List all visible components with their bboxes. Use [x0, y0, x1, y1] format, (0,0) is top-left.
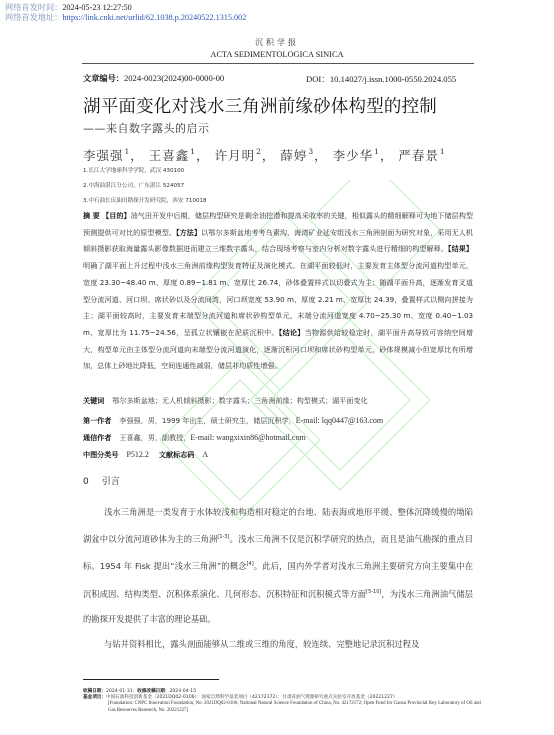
doi: DOI：10.14027/j.issn.1000-0550.2024.055	[306, 73, 456, 85]
abstract-result: 明确了湖平面上升过程中浅水三角洲前缘构型发育特征及演化模式。在湖平面较低时，主要…	[83, 261, 473, 337]
first-author-value: 李强强，男，1999 年出生，硕士研究生，储层沉积学，	[119, 416, 295, 425]
doc-code-value: A	[202, 450, 208, 459]
section-heading: 0引言	[83, 474, 120, 487]
affiliation-1: 1.长江大学地球科学学院，武汉 430100	[83, 166, 184, 174]
section-number: 0	[83, 477, 89, 487]
paragraph: 浅水三角洲是一类发育于水体较浅和构造相对稳定的台地、陆表海或地形平缓、整体沉降缓…	[83, 500, 473, 632]
doi-value[interactable]: 10.14027/j.issn.1000-0550.2024.055	[330, 74, 456, 84]
author-list: 李强强1， 王喜鑫1， 许月明2， 薛婷3， 李少华1， 严春景1	[83, 146, 446, 164]
footnote-divider	[83, 679, 219, 680]
corresponding-author-info: 通信作者王喜鑫，男，副教授，E-mail: wangxixin86@hotmai…	[83, 433, 306, 443]
citation[interactable]: [5-10]	[366, 589, 381, 595]
affiliation-mark: 2	[256, 147, 262, 156]
article-number-label: 文章编号：	[83, 73, 124, 83]
publish-time-label: 网络首发时间：	[5, 3, 62, 12]
section-title: 引言	[102, 477, 120, 487]
keywords-value: 鄂尔多斯盆地；无人机倾斜摄影；数字露头；三角洲前缘；构型模式；湖平面变化	[112, 396, 367, 405]
publish-address-link[interactable]: https://link.cnki.net/urlid/62.1038.p.20…	[62, 13, 246, 22]
header-divider	[82, 63, 474, 64]
keywords: 关键词鄂尔多斯盆地；无人机倾斜摄影；数字露头；三角洲前缘；构型模式；湖平面变化	[83, 396, 368, 406]
affiliation-mark: 1	[374, 147, 380, 156]
paper-title: 湖平面变化对浅水三角洲前缘砂体构型的控制	[83, 93, 437, 118]
doi-label: DOI：	[306, 74, 330, 84]
received-label: 收稿日期：	[83, 689, 106, 694]
first-author-email[interactable]: E-mail: lqq0447@163.com	[296, 416, 383, 425]
abstract-method-label: 【方法】	[176, 228, 201, 237]
citation[interactable]: [1-3]	[217, 534, 229, 540]
fund-value: 中国石油科技创新基金（2021DQ02-0106）；国家自然科学基金项目（421…	[106, 695, 398, 700]
affiliation-mark: 1	[440, 147, 446, 156]
revised-label: 收修改稿日期：	[137, 689, 169, 694]
affiliation-mark: 1	[190, 147, 196, 156]
paragraph: 与钻井资料相比，露头剖面能够从二维或三维的角度，较连续、完整地记录沉积过程及	[83, 632, 473, 657]
abstract-conclusion-label: 【结论】	[279, 328, 305, 337]
author: 李强强	[83, 148, 124, 163]
paper-subtitle: ——来自数字露头的启示	[83, 120, 210, 136]
abstract-result-label: 【结果】	[448, 244, 473, 253]
affiliation-3: 3.中石油长庆油田勘探开发研究院，西安 710018	[83, 196, 207, 204]
clc-value: P512.2	[126, 450, 148, 459]
abstract-heading: 摘 要	[83, 211, 100, 220]
author: 王喜鑫	[149, 148, 190, 163]
revised-value: 2024-04-15	[169, 689, 196, 694]
corresponding-author-email[interactable]: E-mail: wangxixin86@hotmail.com	[190, 433, 305, 442]
first-author-label: 第一作者	[83, 416, 111, 425]
body-text: 浅水三角洲是一类发育于水体较浅和构造相对稳定的台地、陆表海或地形平缓、整体沉降缓…	[83, 500, 473, 657]
fund-label: 基金项目：	[83, 695, 106, 700]
author: 许月明	[215, 148, 256, 163]
classification-info: 中图分类号P512.2文献标志码A	[83, 450, 208, 460]
affiliation-2: 2.中海油湛江分公司，广东湛江 524057	[83, 181, 184, 189]
doc-code-label: 文献标志码	[159, 450, 194, 459]
abstract-purpose-label: 【目的】	[102, 211, 131, 220]
clc-label: 中图分类号	[83, 450, 118, 459]
footnote: 收稿日期：2024-01-31；收修改稿日期：2024-04-15 基金项目：中…	[83, 689, 483, 714]
corresponding-author-value: 王喜鑫，男，副教授，	[119, 433, 190, 442]
received-value: 2024-01-31；	[106, 689, 137, 694]
author: 严春景	[398, 148, 439, 163]
corresponding-author-label: 通信作者	[83, 433, 111, 442]
author: 薛婷	[280, 148, 307, 163]
journal-name-cn: 沉积学报	[0, 37, 554, 48]
keywords-label: 关键词	[83, 396, 104, 405]
first-author-info: 第一作者李强强，男，1999 年出生，硕士研究生，储层沉积学，E-mail: l…	[83, 416, 383, 426]
abstract: 摘 要 【目的】油气田开发中后期，储层构型研究是剩余油挖潜和提高采收率的关键，相…	[83, 208, 473, 375]
publish-time-value: 2024-05-23 12:27:50	[62, 3, 131, 12]
affiliation-mark: 3	[308, 147, 314, 156]
author: 李少华	[333, 148, 374, 163]
journal-name-en: ACTA SEDIMENTOLOGICA SINICA	[0, 50, 554, 59]
online-publish-info: 网络首发时间：2024-05-23 12:27:50 网络首发地址：https:…	[5, 3, 246, 23]
publish-address-label: 网络首发地址：	[5, 13, 62, 22]
article-number-value: 2024-0023(2024)00-0000-00	[124, 73, 224, 83]
fund-english: [Foundation: CNPC Innovation Foundation,…	[83, 701, 483, 713]
article-number: 文章编号：2024-0023(2024)00-0000-00	[83, 73, 224, 84]
citation[interactable]: [4]	[247, 561, 254, 567]
affiliation-mark: 1	[125, 147, 131, 156]
fund-info: 基金项目：中国石油科技创新基金（2021DQ02-0106）；国家自然科学基金项…	[83, 695, 483, 714]
